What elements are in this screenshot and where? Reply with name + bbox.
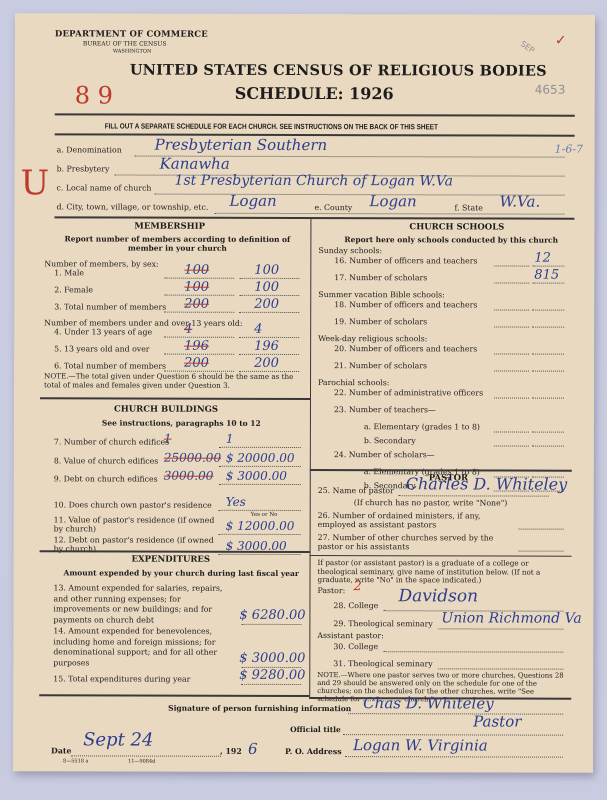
po-address-label: P. O. Address <box>285 747 342 756</box>
dotted-line <box>164 295 234 296</box>
school-row-label: 22. Number of administrative officers <box>334 388 483 397</box>
stamp-number: 4653 <box>535 83 566 97</box>
date-field[interactable]: Sept 24 <box>83 729 153 750</box>
membership-entered-value[interactable]: 200 <box>184 356 209 371</box>
date-label: Date <box>51 746 71 755</box>
pastor-sub-label: Pastor: <box>317 586 345 595</box>
divider <box>310 469 572 471</box>
form-title: UNITED STATES CENSUS OF RELIGIOUS BODIES <box>130 62 547 80</box>
q26-field <box>519 529 564 530</box>
dotted-line <box>399 495 549 496</box>
membership-note: NOTE.—The total given under Question 6 s… <box>44 371 304 390</box>
presbytery-field[interactable]: Kanawha <box>160 155 230 173</box>
year-field[interactable]: 6 <box>248 740 258 758</box>
school-group-heading: Week-day religious schools: <box>318 334 427 343</box>
denomination-label: a. Denomination <box>57 145 122 154</box>
membership-row-label: 3. Total number of members <box>54 302 166 311</box>
dotted-line <box>241 684 301 685</box>
dotted-line <box>214 213 564 215</box>
building-value[interactable]: $ 3000.00 <box>226 469 287 483</box>
divider <box>39 694 309 697</box>
buildings-heading: CHURCH BUILDINGS <box>114 405 218 415</box>
dotted-line <box>239 312 299 313</box>
dotted-line <box>71 755 221 756</box>
school-value-field[interactable] <box>532 432 564 433</box>
year-prefix: , 192 <box>220 747 242 756</box>
membership-row-label: 6. Total number of members <box>54 361 166 370</box>
pastor-name-label: 25. Name of pastor <box>318 486 394 495</box>
membership-row-label: 1. Male <box>54 268 84 277</box>
dotted-line <box>219 447 301 448</box>
form-code: 11—9084d <box>128 759 155 765</box>
members-by-sex-label: Number of members, by sex: <box>44 259 158 268</box>
assistant-pastor-label: Assistant pastor: <box>317 631 383 640</box>
building-row-label: 8. Value of church edifices <box>54 456 158 465</box>
dotted-line <box>494 445 529 446</box>
membership-row-label: 5. 13 years old and over <box>54 344 149 353</box>
school-group-heading: Parochial schools: <box>318 378 389 387</box>
school-row-label: 21. Number of scholars <box>334 361 427 370</box>
denomination-field[interactable]: Presbyterian Southern <box>155 136 328 154</box>
dotted-line <box>219 534 301 535</box>
building-entered-value[interactable]: 3000.00 <box>164 469 214 483</box>
building-row-label: 10. Does church own pastor's residence <box>54 500 212 509</box>
building-row-label: 11. Value of pastor's residence (if owne… <box>54 515 224 533</box>
membership-verified-value[interactable]: 196 <box>254 339 279 354</box>
pastor-mark: 2 <box>353 579 361 594</box>
dotted-line <box>164 278 234 279</box>
dotted-line <box>494 265 529 266</box>
asst-seminary-field[interactable] <box>438 668 563 669</box>
membership-heading: MEMBERSHIP <box>134 222 205 232</box>
church-name-label: c. Local name of church <box>57 183 152 192</box>
school-value-field[interactable] <box>532 310 564 311</box>
pastor-name-hint: (If church has no pastor, write "None") <box>354 498 508 507</box>
city-field[interactable]: Logan <box>229 192 276 210</box>
membership-row-label: 4. Under 13 years of age <box>54 327 152 336</box>
membership-entered-value[interactable]: 100 <box>184 263 209 278</box>
dotted-line <box>219 484 301 485</box>
dotted-line <box>348 713 563 715</box>
expenditure-value[interactable]: $ 9280.00 <box>239 668 305 683</box>
divider <box>40 397 310 399</box>
membership-entered-value[interactable]: 200 <box>184 297 209 312</box>
dotted-line <box>239 354 299 355</box>
expenditure-value[interactable]: $ 6280.00 <box>239 608 305 623</box>
signature-field[interactable]: Chas D. Whiteley <box>363 694 494 712</box>
dotted-line <box>239 278 299 279</box>
school-value-field[interactable] <box>532 371 564 372</box>
dotted-line <box>239 337 299 338</box>
yes-no-hint: Yes or No <box>251 512 278 518</box>
dotted-line <box>219 466 301 467</box>
dotted-line <box>494 397 529 398</box>
school-row-label: 20. Number of officers and teachers <box>334 344 477 353</box>
expenditure-row-label: 15. Total expenditures during year <box>53 674 190 683</box>
membership-entered-value[interactable]: 196 <box>184 339 209 354</box>
church-name-field[interactable]: 1st Presbyterian Church of Logan W.Va <box>175 173 453 190</box>
school-value-field[interactable] <box>532 354 564 355</box>
membership-verified-value[interactable]: 4 <box>254 322 262 337</box>
seminary-field[interactable]: Union Richmond Va <box>441 610 581 626</box>
expenditures-subtitle: Amount expended by your church during la… <box>64 568 299 578</box>
building-value[interactable]: 1 <box>226 432 234 446</box>
department-label: DEPARTMENT OF COMMERCE <box>55 29 208 39</box>
dotted-line <box>494 326 529 327</box>
expenditure-row-label: 14. Amount expended for benevolences, in… <box>53 626 238 668</box>
school-row-label: b. Secondary <box>364 436 416 445</box>
membership-verified-value[interactable]: 100 <box>254 263 279 278</box>
school-value-field[interactable] <box>532 283 564 284</box>
school-value-field[interactable] <box>532 446 564 447</box>
divider <box>54 216 574 219</box>
building-entered-value[interactable]: 25000.00 <box>164 451 221 465</box>
school-value-field[interactable] <box>532 398 564 399</box>
membership-subtitle: Report number of members according to de… <box>62 234 292 253</box>
q26-label: 26. Number of ordained ministers, if any… <box>318 511 513 530</box>
dotted-line <box>494 370 529 371</box>
county-label: e. County <box>314 203 352 212</box>
presbytery-label: b. Presbytery <box>57 164 110 173</box>
school-row-label: 23. Number of teachers— <box>334 405 436 414</box>
q27-field <box>519 551 564 552</box>
asst-college-field[interactable] <box>383 651 563 652</box>
form-code: 8—5518 a <box>63 758 88 764</box>
dotted-line <box>438 628 563 629</box>
building-row-label: 9. Debt on church edifices <box>54 474 158 483</box>
red-batch-number: 8 9 <box>75 81 113 109</box>
school-row-label: a. Elementary (grades 1 to 8) <box>364 422 480 431</box>
asst-college-label: 30. College <box>333 642 378 651</box>
expenditures-heading: EXPENDITURES <box>132 555 211 565</box>
expenditure-value[interactable]: $ 3000.00 <box>239 651 305 666</box>
q27-label: 27. Number of other churches served by t… <box>318 533 513 552</box>
bureau-label: BUREAU OF THE CENSUS <box>83 40 167 47</box>
building-entered-value[interactable]: 1 <box>164 432 172 446</box>
schools-subtitle: Report here only schools conducted by th… <box>344 235 558 245</box>
school-row-label: 24. Number of scholars— <box>334 450 435 459</box>
dotted-line <box>164 312 234 313</box>
county-field[interactable]: Logan <box>369 192 416 210</box>
dotted-line <box>164 354 234 355</box>
schools-heading: CHURCH SCHOOLS <box>409 222 504 232</box>
school-row-label: 18. Number of officers and teachers <box>334 300 477 309</box>
schedule-title: SCHEDULE: 1926 <box>235 84 394 103</box>
building-value[interactable]: Yes <box>226 495 246 509</box>
membership-rows: 1. Male1001002. Female1001003. Total num… <box>15 13 595 15</box>
denomination-code: 1-6-7 <box>555 143 583 156</box>
po-address-field[interactable]: Logan W. Virginia <box>353 736 488 754</box>
school-row-label: 16. Number of officers and teachers <box>334 256 477 265</box>
membership-verified-value[interactable]: 200 <box>254 356 279 371</box>
building-rows: 7. Number of church edifices118. Value o… <box>15 13 595 15</box>
dotted-line <box>239 295 299 296</box>
column-divider <box>309 219 311 699</box>
college-field[interactable]: Davidson <box>398 586 478 606</box>
city-label: WASHINGTON <box>113 48 151 54</box>
membership-verified-value[interactable]: 100 <box>254 280 279 295</box>
membership-verified-value[interactable]: 200 <box>254 297 279 312</box>
school-group-heading: Sunday schools: <box>318 246 382 255</box>
members-by-age-label: Number of members under and over 13 year… <box>44 318 242 328</box>
school-value[interactable]: 815 <box>534 268 559 283</box>
state-label: f. State <box>454 203 482 212</box>
official-title-label: Official title <box>290 725 341 734</box>
expenditure-row-label: 13. Amount expended for salaries, repair… <box>53 583 238 625</box>
school-row-label: 17. Number of scholars <box>334 273 427 282</box>
dotted-line <box>219 510 301 511</box>
building-value[interactable]: $ 20000.00 <box>226 451 295 465</box>
seminary-label: 29. Theological seminary <box>333 619 432 628</box>
official-title-field[interactable]: Pastor <box>473 712 521 730</box>
date-stamp: SEP <box>519 39 536 55</box>
margin-mark: U <box>20 163 49 203</box>
buildings-subtitle: See instructions, paragraphs 10 to 12 <box>102 418 261 427</box>
school-value[interactable]: 12 <box>534 251 551 266</box>
dotted-line <box>494 282 529 283</box>
school-value-field[interactable] <box>532 266 564 267</box>
dotted-line <box>241 624 301 625</box>
divider <box>310 555 572 557</box>
school-rows: Sunday schools:16. Number of officers an… <box>15 13 595 15</box>
dotted-line <box>164 337 234 338</box>
membership-row-label: 2. Female <box>54 285 93 294</box>
asst-seminary-label: 31. Theological seminary <box>333 659 432 668</box>
pastor-name-field[interactable]: Charles D. Whiteley <box>406 474 567 493</box>
college-label: 28. College <box>333 601 378 610</box>
membership-entered-value[interactable]: 100 <box>184 280 209 295</box>
school-row-label: 19. Number of scholars <box>334 317 427 326</box>
dotted-line <box>219 554 301 555</box>
building-value[interactable]: $ 12000.00 <box>226 519 295 533</box>
state-field[interactable]: W.Va. <box>499 193 540 211</box>
dotted-line <box>494 353 529 354</box>
signature-label: Signature of person furnishing informati… <box>168 704 351 713</box>
dotted-line <box>494 309 529 310</box>
school-group-heading: Summer vacation Bible schools: <box>318 290 445 299</box>
dotted-line <box>345 756 563 758</box>
divider <box>55 113 575 116</box>
building-row-label: 7. Number of church edifices <box>54 437 169 446</box>
dotted-line <box>494 431 529 432</box>
school-value-field[interactable] <box>532 327 564 328</box>
instruction-banner: FILL OUT A SEPARATE SCHEDULE FOR EACH CH… <box>105 121 438 131</box>
check-mark-icon: ✓ <box>555 33 567 49</box>
city-label: d. City, town, village, or township, etc… <box>56 202 208 211</box>
expenditure-rows: 13. Amount expended for salaries, repair… <box>15 13 595 15</box>
census-form-sheet: DEPARTMENT OF COMMERCE BUREAU OF THE CEN… <box>13 13 595 773</box>
